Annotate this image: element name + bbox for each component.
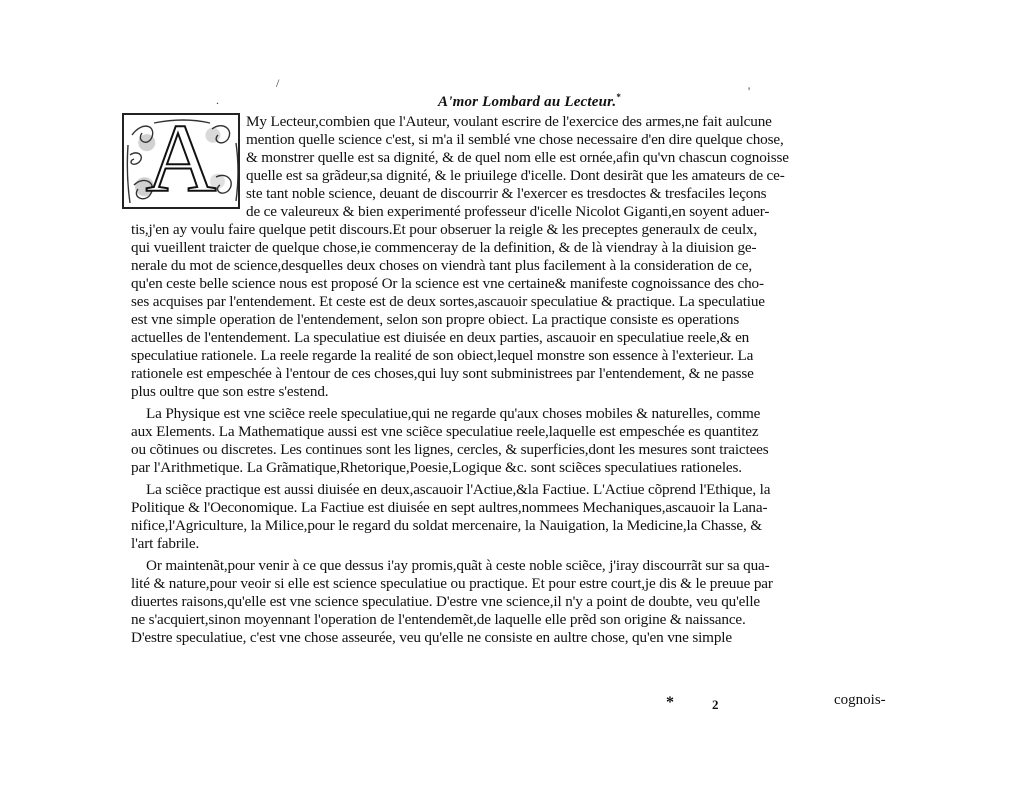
- stray-ink-mark: .: [216, 93, 219, 108]
- paragraph-first-line: La Physique est vne sciẽce reele specula…: [146, 405, 760, 422]
- text-line: rationele est empeschée à l'entour de ce…: [131, 365, 754, 382]
- text-line: nerale du mot de science,desquelles deux…: [131, 257, 752, 274]
- text-line: diuertes raisons,qu'elle est vne science…: [131, 593, 760, 610]
- text-line: nifice,l'Agriculture, la Milice,pour le …: [131, 517, 762, 534]
- text-line: plus oultre que son estre s'estend.: [131, 383, 328, 400]
- stray-ink-mark: ': [748, 84, 750, 99]
- text-line: D'estre speculatiue, c'est vne chose ass…: [131, 629, 732, 646]
- text-line: speculatiue rationele. La reele regarde …: [131, 347, 753, 364]
- text-line: mention quelle science c'est, si m'a il …: [246, 131, 784, 148]
- text-line: ste tant noble science, deuant de discou…: [246, 185, 766, 202]
- text-line: qu'en ceste belle science nous est propo…: [131, 275, 764, 292]
- title-asterisk: *: [616, 92, 621, 102]
- text-line: actuelles de l'entendement. La speculati…: [131, 329, 749, 346]
- text-line: ou cõtinues ou discretes. Les continues …: [131, 441, 769, 458]
- document-page: / . ' A'mor Lombard au Lecteur.* A My Le…: [0, 0, 1024, 793]
- text-line: aux Elements. La Mathematique aussi est …: [131, 423, 759, 440]
- text-line: ses acquises par l'entendement. Et ceste…: [131, 293, 765, 310]
- text-line: lité & nature,pour veoir si elle est sci…: [131, 575, 773, 592]
- text-line: ne s'acquiert,sinon moyennant l'operatio…: [131, 611, 746, 628]
- page-title-text: A'mor Lombard au Lecteur.: [438, 94, 616, 110]
- drop-cap-letter: A: [124, 113, 238, 209]
- signature-mark: *: [666, 694, 674, 712]
- text-line: qui vueillent traicter de quelque chose,…: [131, 239, 756, 256]
- catchword: cognois-: [834, 692, 886, 709]
- decorated-drop-cap: A: [122, 113, 240, 209]
- text-line: & monstrer quelle est sa dignité, & de q…: [246, 149, 789, 166]
- text-line: quelle est sa grãdeur,sa dignité, & le p…: [246, 167, 785, 184]
- text-line: est vne simple operation de l'entendemen…: [131, 311, 739, 328]
- signature-number: 2: [712, 697, 719, 713]
- text-line: Politique & l'Oeconomique. La Factiue es…: [131, 499, 767, 516]
- text-line: tis,j'en ay voulu faire quelque petit di…: [131, 221, 757, 238]
- text-line: par l'Arithmetique. La Grãmatique,Rhetor…: [131, 459, 742, 476]
- stray-ink-mark: /: [276, 76, 279, 91]
- page-title: A'mor Lombard au Lecteur.*: [438, 92, 621, 111]
- text-line: My Lecteur,combien que l'Auteur, voulant…: [246, 113, 772, 130]
- paragraph-first-line: La sciẽce practique est aussi diuisée en…: [146, 481, 770, 498]
- text-line: de ce valeureux & bien experimenté profe…: [246, 203, 769, 220]
- text-line: l'art fabrile.: [131, 535, 199, 552]
- paragraph-first-line: Or maintenãt,pour venir à ce que dessus …: [146, 557, 770, 574]
